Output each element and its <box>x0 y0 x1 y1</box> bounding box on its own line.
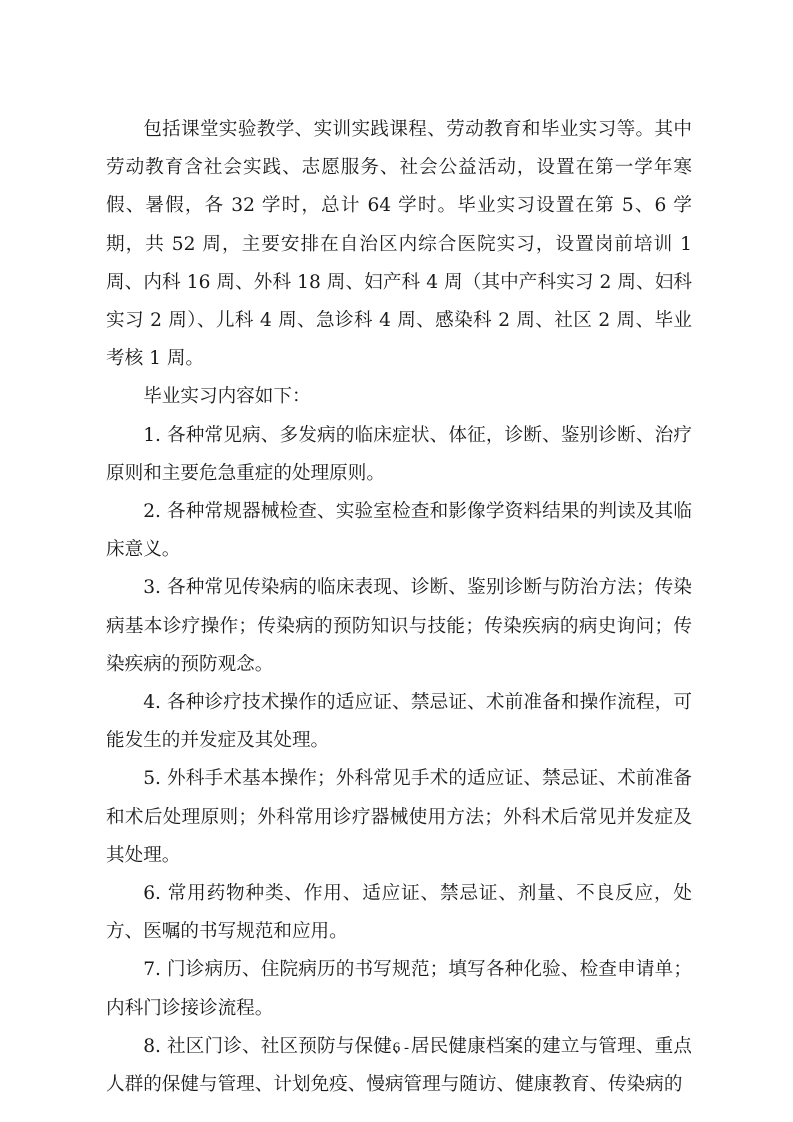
list-item-5: 5. 外科手术基本操作；外科常见手术的适应证、禁忌证、术前准备和术后处理原则；外… <box>106 760 692 875</box>
list-item-3: 3. 各种常见传染病的临床表现、诊断、鉴别诊断与防治方法；传染病基本诊疗操作；传… <box>106 569 692 684</box>
list-item-2: 2. 各种常规器械检查、实验室检查和影像学资料结果的判读及其临床意义。 <box>106 493 692 569</box>
list-item-1: 1. 各种常见病、多发病的临床症状、体征，诊断、鉴别诊断、治疗原则和主要危急重症… <box>106 417 692 493</box>
paragraph-internship-intro: 毕业实习内容如下： <box>106 378 692 416</box>
document-body: 包括课堂实验教学、实训实践课程、劳动教育和毕业实习等。其中劳动教育含社会实践、志… <box>106 111 692 1104</box>
paragraph-practice-overview: 包括课堂实验教学、实训实践课程、劳动教育和毕业实习等。其中劳动教育含社会实践、志… <box>106 111 692 378</box>
list-item-6: 6. 常用药物种类、作用、适应证、禁忌证、剂量、不良反应，处方、医嘱的书写规范和… <box>106 875 692 951</box>
list-item-4: 4. 各种诊疗技术操作的适应证、禁忌证、术前准备和操作流程，可能发生的并发症及其… <box>106 684 692 760</box>
page-number: - 6 - <box>0 1040 793 1057</box>
list-item-7: 7. 门诊病历、住院病历的书写规范；填写各种化验、检查申请单；内科门诊接诊流程。 <box>106 951 692 1027</box>
